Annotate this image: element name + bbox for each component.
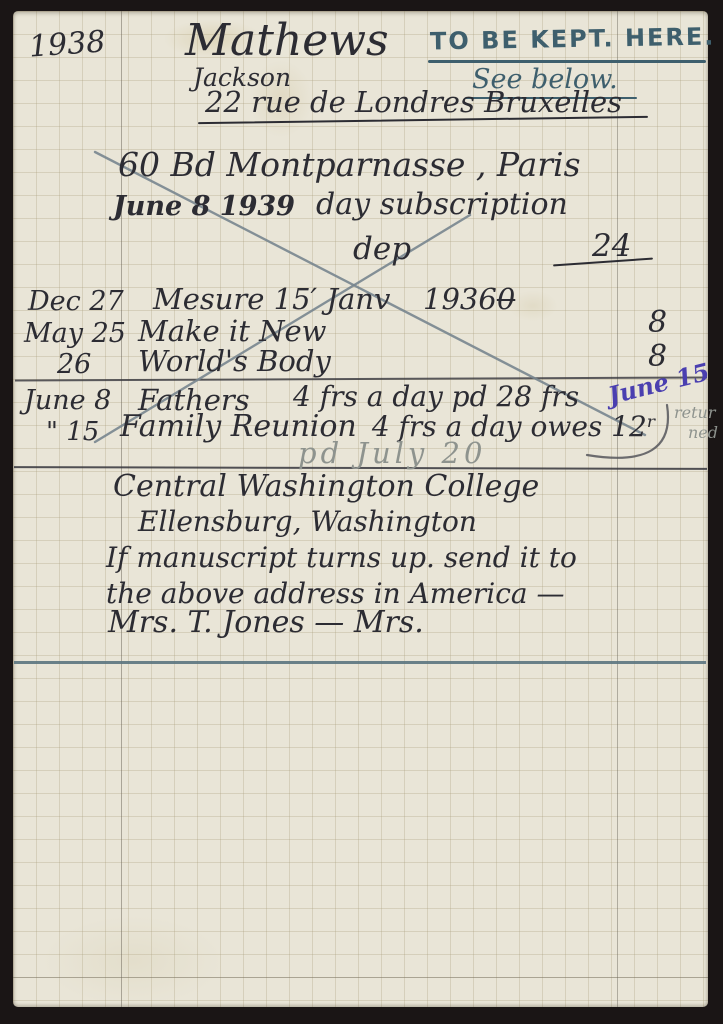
entry-date: Dec 27 <box>28 286 124 317</box>
forwarding-college: Central Washington College <box>113 469 539 504</box>
entry-date: 26 <box>57 349 91 380</box>
keep-note-underline <box>428 60 706 63</box>
photo-background: { "card": { "year": "1938", "name": { "s… <box>0 0 723 1024</box>
forwarding-city: Ellensburg, Washington <box>138 505 477 538</box>
paid-note: pd July 20 <box>298 436 486 470</box>
card-year: 1938 <box>28 24 107 64</box>
keep-note: TO BE KEPT. HERE. <box>430 23 716 56</box>
struck-digit: 0 <box>497 282 515 316</box>
entry-date: June 8 <box>24 385 111 416</box>
deposit-label: dep <box>353 231 411 267</box>
library-card: 1938 Mathews Jackson TO BE KEPT. HERE. S… <box>13 11 708 1007</box>
entry-title: Mesure 15′ Janv <box>153 282 390 316</box>
bottom-faint-rule <box>13 977 708 978</box>
forwarding-note-line1: If manuscript turns up. send it to <box>106 541 577 574</box>
returned-note-line2: ned <box>688 423 718 442</box>
forwarding-signature: Mrs. T. Jones — Mrs. <box>108 605 424 640</box>
right-margin-line <box>617 11 618 1007</box>
section-rule-3 <box>14 661 706 664</box>
subscription-date: June 8 1939 <box>113 191 295 222</box>
address-paris: 60 Bd Montparnasse , Paris <box>118 145 581 184</box>
entry-date: " 15 <box>46 417 99 447</box>
borrower-surname: Mathews <box>185 15 389 66</box>
returned-note-line1: retur <box>674 403 716 422</box>
entry-title: World's Body <box>138 344 331 378</box>
subscription-type: day subscription <box>316 187 568 222</box>
entry-date: May 25 <box>24 318 126 349</box>
entry-year: 19360 <box>423 282 515 316</box>
entry-title: Make it New <box>138 314 326 348</box>
entry-amount: 8 <box>648 305 667 340</box>
address-brussels: 22 rue de Londres Bruxelles <box>205 85 622 119</box>
